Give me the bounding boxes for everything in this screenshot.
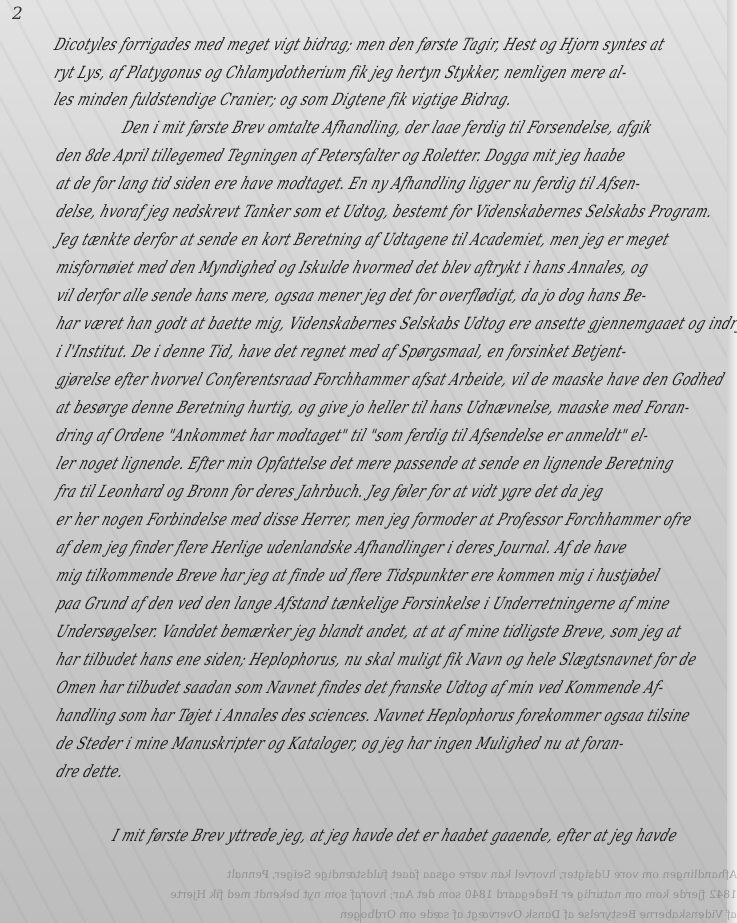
handwritten-text-body: Dicotyles forrigades med meget vigt bidr… <box>0 0 737 923</box>
bleed-through-line: 1842 fjerde kom om naturlig er Hedegaard… <box>0 888 737 901</box>
text-line: misfornøiet med den Myndighed og Iskulde… <box>54 257 652 277</box>
manuscript-page: 2 Dicotyles forrigades med meget vigt bi… <box>0 0 737 923</box>
text-line: er her nogen Forbindelse med disse Herre… <box>54 509 695 529</box>
text-line: mig tilkommende Breve har jeg at finde u… <box>54 565 663 585</box>
text-line: fra til Leonhard og Bronn for deres Jahr… <box>54 481 607 501</box>
text-line: Den i mit første Brev omtalte Afhandling… <box>120 117 655 137</box>
text-line: Undersøgelser. Vanddet bemærker jeg blan… <box>54 621 684 641</box>
text-line: delse, hvoraf jeg nedskrevt Tanker som e… <box>54 201 716 221</box>
text-line: af dem jeg finder flere Herlige udenland… <box>54 537 630 557</box>
text-line: gjørelse efter hvorvel Conferentsraad Fo… <box>54 369 728 389</box>
text-line: den 8de April tillegemed Tegningen af Pe… <box>54 145 629 165</box>
text-line: de Steder i mine Manuskripter og Katalog… <box>54 733 628 753</box>
text-line: les minden fuldstendige Cranier; og som … <box>52 89 515 109</box>
text-line: dring af Ordene "Ankommet har modtaget" … <box>54 425 652 445</box>
text-line: har været han godt at baette mig, Videns… <box>54 313 737 333</box>
text-line: paa Grund af den ved den lange Afstand t… <box>54 593 673 613</box>
text-line: at de for lang tid siden ere have modtag… <box>54 173 644 193</box>
text-line: I mit første Brev yttrede jeg, at jeg ha… <box>110 825 680 845</box>
text-line: ryt Lys, af Platygonus og Chlamydotheriu… <box>52 62 630 82</box>
text-line: i l'Institut. De i denne Tid, have det r… <box>54 341 630 361</box>
text-line: at besørge denne Beretning hurtig, og gi… <box>54 397 693 417</box>
text-line: har tilbudet hans ene siden; Heplophorus… <box>54 649 700 669</box>
bleed-through-line: af Videnskaberne Bestyrelse af Dansk Ove… <box>0 908 737 921</box>
text-line: ler noget lignende. Efter min Opfattelse… <box>54 453 677 473</box>
bleed-through-line: Afhandlingen om vore Udsigter, hvorvel k… <box>0 868 737 881</box>
text-line: dre dette. <box>54 761 127 781</box>
text-line: Omen har tilbudet saadan som Navnet find… <box>54 677 667 697</box>
text-line: handling som har Tøjet i Annales des sci… <box>54 705 693 725</box>
text-line: vil derfor alle sende hans mere, ogsaa m… <box>54 285 650 305</box>
text-line: Jeg tænkte derfor at sende en kort Beret… <box>54 229 672 249</box>
fold-line <box>360 895 361 923</box>
text-line: Dicotyles forrigades med meget vigt bidr… <box>52 34 668 54</box>
